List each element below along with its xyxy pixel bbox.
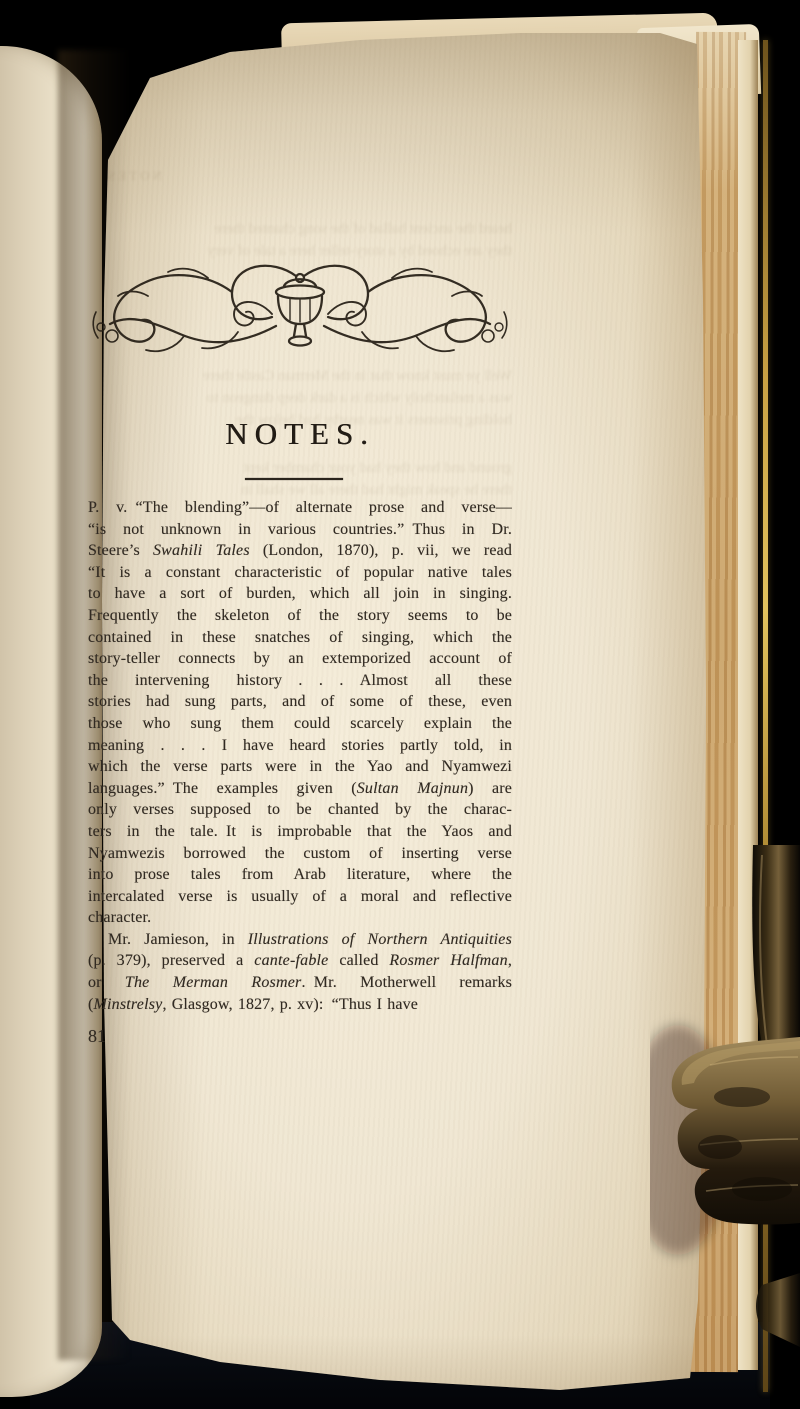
- text-line: “is not unknown in various countries.” T…: [88, 519, 512, 541]
- text-line: the intervening history . . . Almost all…: [88, 670, 512, 692]
- page-title: NOTES.: [88, 414, 512, 454]
- text-line: (Minstrelsy, Glasgow, 1827, p. xv): “Thu…: [88, 994, 512, 1016]
- text-line: into prose tales from Arab literature, w…: [88, 864, 512, 886]
- body-text: P. v. “The blending”—of alternate prose …: [88, 497, 512, 1015]
- text-line: or The Merman Rosmer. Mr. Motherwell rem…: [88, 972, 512, 994]
- brass-clasp: [650, 845, 800, 1409]
- book-photo: NOTESheard the ancient ballad of the son…: [0, 0, 800, 1409]
- text-line: “It is a constant characteristic of popu…: [88, 562, 512, 584]
- text-line: P. v. “The blending”—of alternate prose …: [88, 497, 512, 519]
- text-line: Frequently the skeleton of the story see…: [88, 605, 512, 627]
- text-line: contained in these snatches of singing, …: [88, 627, 512, 649]
- text-line: meaning . . . I have heard stories partl…: [88, 735, 512, 757]
- text-line: (p. 379), preserved a cante-fable called…: [88, 950, 512, 972]
- text-line: those who sung them could scarcely expla…: [88, 713, 512, 735]
- text-line: to have a sort of burden, which all join…: [88, 583, 512, 605]
- text-line: intercalated verse is usually of a moral…: [88, 886, 512, 908]
- paragraph: P. v. “The blending”—of alternate prose …: [88, 497, 512, 929]
- facing-page-leaf: [0, 46, 102, 1397]
- text-line: which the verse parts were in the Yao an…: [88, 756, 512, 778]
- text-line: Mr. Jamieson, in Illustrations of Northe…: [88, 929, 512, 951]
- page-content: NOTES. P. v. “The blending”—of alternate…: [88, 0, 512, 1409]
- paragraph: Mr. Jamieson, in Illustrations of Northe…: [88, 929, 512, 1015]
- text-line: stories had sung parts, and of some of t…: [88, 691, 512, 713]
- text-line: only verses supposed to be chanted by th…: [88, 799, 512, 821]
- title-rule: [245, 478, 343, 480]
- text-line: story-teller connects by an extemporized…: [88, 648, 512, 670]
- text-line: character.: [88, 907, 512, 929]
- text-line: languages.” The examples given (Sultan M…: [88, 778, 512, 800]
- ornament-band-icon: [88, 262, 512, 358]
- text-line: Steere’s Swahili Tales (London, 1870), p…: [88, 540, 512, 562]
- page-number: 81: [88, 1026, 106, 1047]
- text-line: Nyamwezis borrowed the custom of inserti…: [88, 843, 512, 865]
- text-line: ters in the tale. It is improbable that …: [88, 821, 512, 843]
